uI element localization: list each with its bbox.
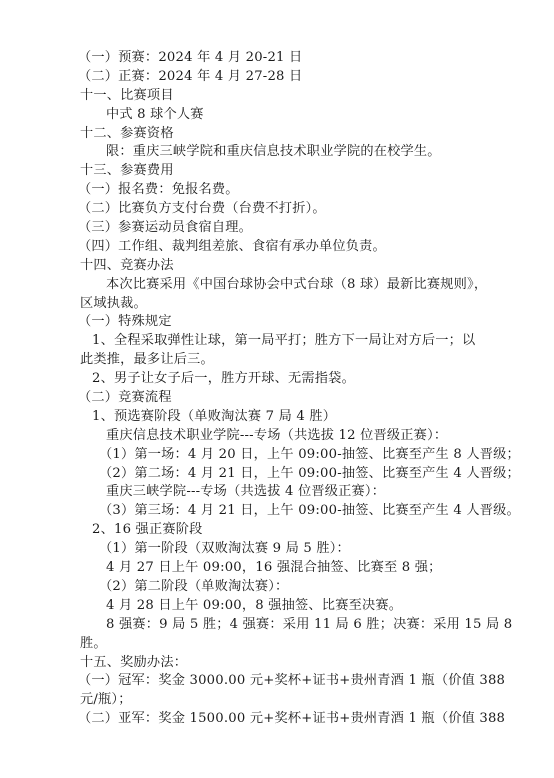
award-champion: （一）冠军：奖金 3000.00 元+奖杯+证书+贵州青酒 1 瓶（价值 388: [78, 672, 472, 691]
award-runner-up: （二）亚军：奖金 1500.00 元+奖杯+证书+贵州青酒 1 瓶（价值 388: [78, 710, 472, 729]
venue-cqit: 重庆信息技术职业学院---专场（共选拔 12 位晋级正赛）：: [80, 427, 472, 446]
event-item: 中式 8 球个人赛: [80, 106, 472, 125]
stage-main: 2、16 强正赛阶段: [80, 521, 472, 540]
fee-item-3: （三）参赛运动员食宿自理。: [78, 219, 472, 238]
phase-2-detail: 4 月 28 日上午 09:00，8 强抽签、比赛至决赛。: [80, 597, 472, 616]
phase-1: （1）第一阶段（双败淘汰赛 9 局 5 胜）：: [80, 540, 472, 559]
rules-paragraph: 本次比赛采用《中国台球协会中式台球（8 球）最新比赛规则》，: [80, 276, 472, 295]
section-heading-12: 十二、参赛资格: [80, 125, 472, 144]
match-format: 8 强赛：9 局 5 胜；4 强赛：采用 11 局 6 胜；决赛：采用 15 局…: [80, 616, 472, 635]
fee-item-2: （二）比赛负方支付台费（台费不打折）。: [78, 200, 472, 219]
schedule-main: （二）正赛：2024 年 4 月 27-28 日: [78, 68, 472, 87]
award-champion-cont: 元/瓶）；: [80, 691, 472, 710]
document-page: （一）预赛：2024 年 4 月 20-21 日 （二）正赛：2024 年 4 …: [80, 49, 472, 729]
venue-sanxia: 重庆三峡学院---专场（共选拔 4 位晋级正赛）：: [80, 483, 472, 502]
section-heading-15: 十五、奖励办法：: [80, 654, 472, 673]
subheading-special-rules: （一）特殊规定: [78, 313, 472, 332]
rules-paragraph-cont: 区域执裁。: [80, 295, 472, 314]
round-2: （2）第二场：4 月 21 日，上午 09:00-抽签、比赛至产生 4 人晋级；: [80, 465, 472, 484]
match-format-cont: 胜。: [80, 635, 472, 654]
special-rule-1: 1、全程采取弹性让球，第一局平打；胜方下一局让对方后一；以: [80, 332, 472, 351]
round-1: （1）第一场：4 月 20 日，上午 09:00-抽签、比赛至产生 8 人晋级；: [80, 446, 472, 465]
phase-2: （2）第二阶段（单败淘汰赛）：: [80, 578, 472, 597]
eligibility-text: 限：重庆三峡学院和重庆信息技术职业学院的在校学生。: [80, 143, 472, 162]
fee-item-1: （一）报名费：免报名费。: [78, 181, 472, 200]
subheading-process: （二）竞赛流程: [78, 389, 472, 408]
round-3: （3）第三场：4 月 21 日，上午 09:00-抽签、比赛至产生 4 人晋级。: [80, 502, 472, 521]
phase-1-detail: 4 月 27 日上午 09:00，16 强混合抽签、比赛至 8 强；: [80, 559, 472, 578]
stage-prelim: 1、预选赛阶段（单败淘汰赛 7 局 4 胜）: [80, 408, 472, 427]
section-heading-13: 十三、参赛费用: [80, 162, 472, 181]
fee-item-4: （四）工作组、裁判组差旅、食宿有承办单位负责。: [78, 238, 472, 257]
schedule-prelim: （一）预赛：2024 年 4 月 20-21 日: [78, 49, 472, 68]
special-rule-2: 2、男子让女子后一，胜方开球、无需指袋。: [80, 370, 472, 389]
section-heading-14: 十四、竞赛办法: [80, 257, 472, 276]
section-heading-11: 十一、比赛项目: [80, 87, 472, 106]
special-rule-1-cont: 此类推，最多让后三。: [80, 351, 472, 370]
